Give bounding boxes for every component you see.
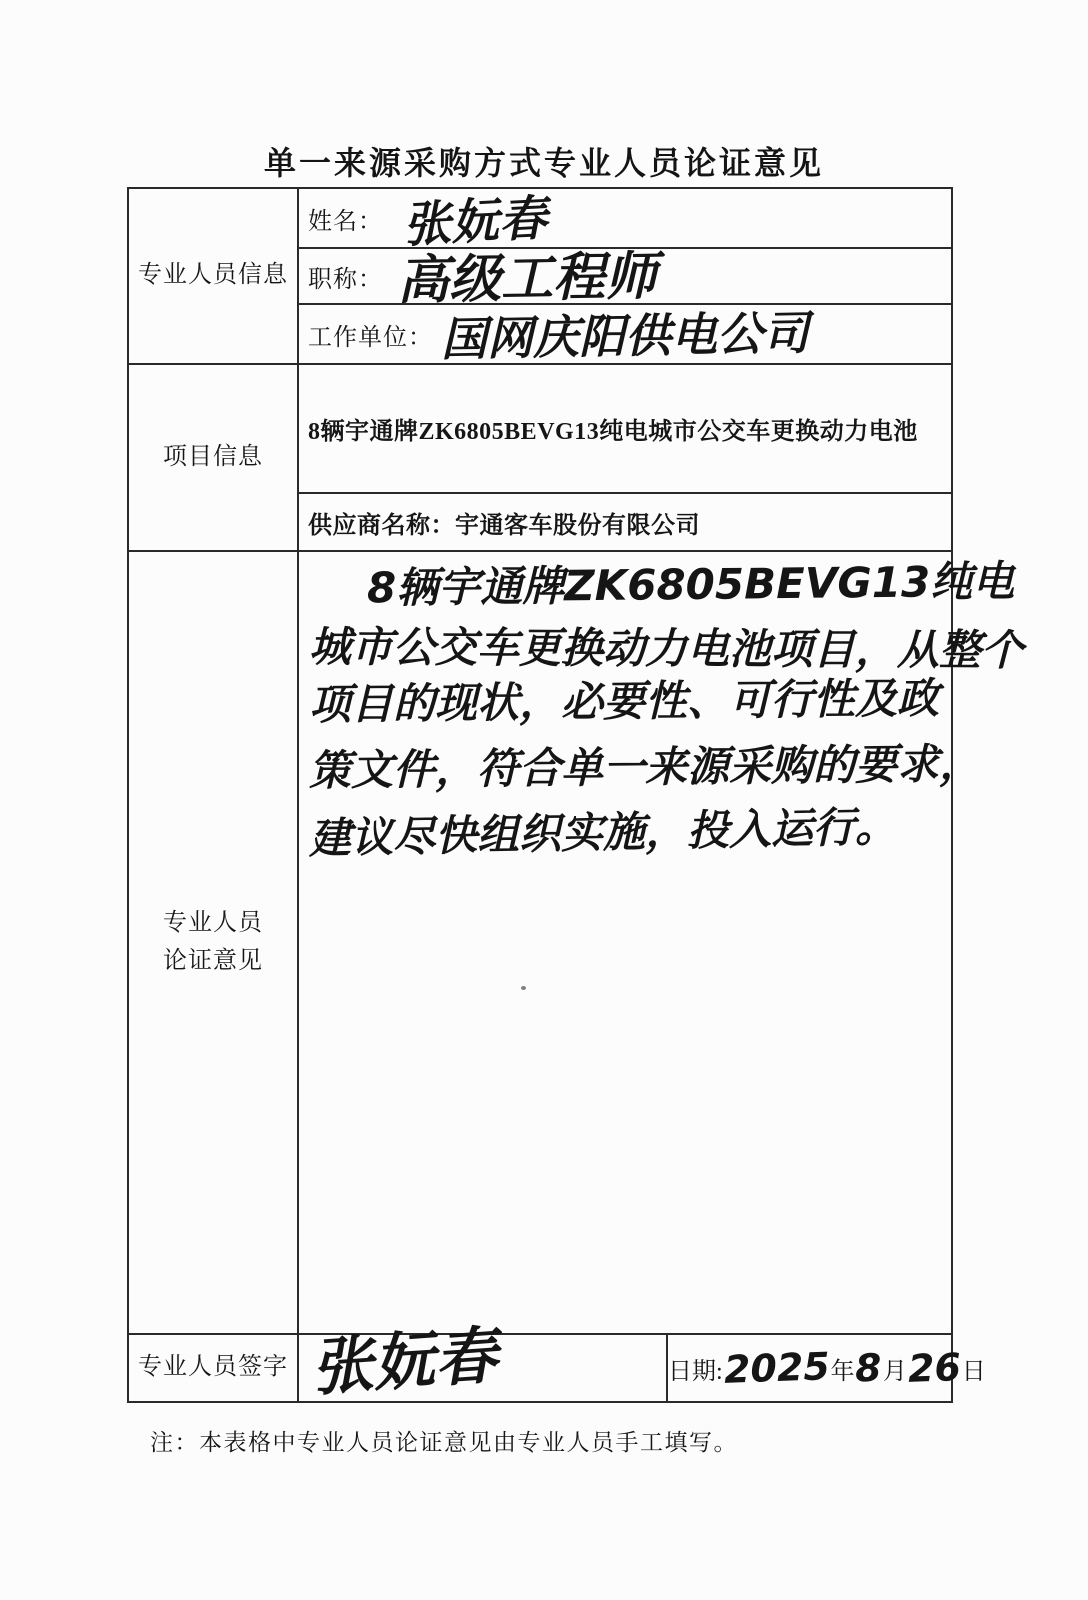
- date-year-unit: 年: [830, 1351, 854, 1386]
- date-day-handwritten: 26: [907, 1348, 961, 1388]
- date-day-unit: 日: [962, 1351, 986, 1386]
- opinion-section-label: 专业人员 论证意见: [129, 552, 299, 1333]
- project-fields-column: 8辆宇通牌ZK6805BEVG13纯电城市公交车更换动力电池 供应商名称：宇通客…: [299, 365, 951, 550]
- work-unit-handwritten-value: 国网庆阳供电公司: [441, 310, 810, 362]
- personnel-info-section: 专业人员信息 姓名： 张妧春 职称： 高级工程师 工作单位： 国网庆阳供电公司: [129, 189, 951, 365]
- job-title-handwritten-value: 高级工程师: [397, 251, 658, 308]
- supplier-row: 供应商名称：宇通客车股份有限公司: [299, 494, 951, 550]
- work-unit-row: 工作单位： 国网庆阳供电公司: [299, 305, 951, 363]
- signature-label: 专业人员签字: [129, 1335, 299, 1401]
- date-label: 日期:: [668, 1351, 723, 1386]
- project-name-text: 8辆宇通牌ZK6805BEVG13纯电城市公交车更换动力电池: [308, 411, 918, 446]
- work-unit-label: 工作单位：: [308, 317, 433, 352]
- project-section-label: 项目信息: [129, 365, 299, 550]
- opinion-handwritten-text: 8辆宇通牌ZK6805BEVG13纯电 城市公交车更换动力电池项目，从整个 项目…: [299, 552, 951, 1333]
- personnel-fields-column: 姓名： 张妧春 职称： 高级工程师 工作单位： 国网庆阳供电公司: [299, 189, 951, 363]
- job-title-label: 职称：: [308, 259, 383, 294]
- date-year-handwritten: 2025: [723, 1347, 830, 1389]
- signature-section: 专业人员签字 张妧春 日期: 2025 年 8 月 26 日: [129, 1335, 951, 1401]
- project-name-row: 8辆宇通牌ZK6805BEVG13纯电城市公交车更换动力电池: [299, 365, 951, 494]
- ink-dot: [521, 986, 526, 990]
- personnel-section-label: 专业人员信息: [129, 189, 299, 363]
- scanned-form-page: 单一来源采购方式专业人员论证意见 专业人员信息 姓名： 张妧春 职称： 高级工程…: [0, 0, 1088, 1600]
- supplier-text: 供应商名称：宇通客车股份有限公司: [308, 505, 700, 540]
- footnote: 注：本表格中专业人员论证意见由专业人员手工填写。: [150, 1424, 738, 1457]
- opinion-line: 项目的现状，必要性、可行性及政: [309, 669, 940, 734]
- date-cell: 日期: 2025 年 8 月 26 日: [668, 1335, 990, 1401]
- opinion-line: 8辆宇通牌ZK6805BEVG13纯电: [309, 553, 940, 618]
- project-info-section: 项目信息 8辆宇通牌ZK6805BEVG13纯电城市公交车更换动力电池 供应商名…: [129, 365, 951, 552]
- form-title: 单一来源采购方式专业人员论证意见: [0, 138, 1088, 184]
- opinion-section: 专业人员 论证意见 8辆宇通牌ZK6805BEVG13纯电 城市公交车更换动力电…: [129, 552, 951, 1335]
- opinion-label-line1: 专业人员: [163, 905, 263, 942]
- opinion-line: 策文件，符合单一来源采购的要求，: [309, 735, 940, 800]
- form-table: 专业人员信息 姓名： 张妧春 职称： 高级工程师 工作单位： 国网庆阳供电公司 …: [127, 187, 953, 1403]
- name-label: 姓名：: [308, 201, 383, 236]
- date-month-handwritten: 8: [855, 1349, 883, 1388]
- date-month-unit: 月: [883, 1351, 907, 1386]
- opinion-line: 建议尽快组织实施，投入运行。: [308, 797, 939, 868]
- signature-cell: 张妧春: [299, 1335, 668, 1401]
- signature-handwritten-name: 张妧春: [309, 1325, 499, 1400]
- name-handwritten-value: 张妧春: [402, 194, 548, 249]
- job-title-row: 职称： 高级工程师: [299, 249, 951, 305]
- name-row: 姓名： 张妧春: [299, 189, 951, 249]
- opinion-label-line2: 论证意见: [163, 943, 263, 980]
